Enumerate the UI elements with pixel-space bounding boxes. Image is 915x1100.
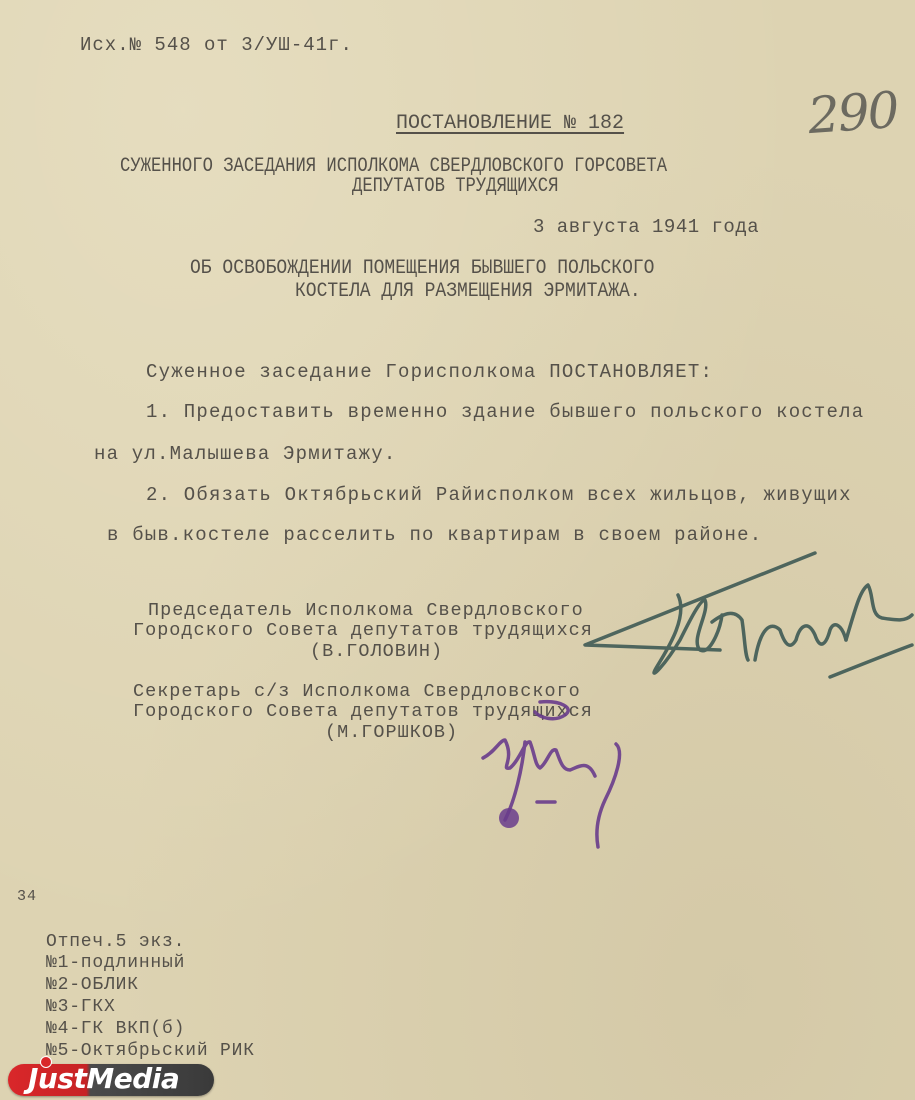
handwritten-archive-number: 290 <box>806 81 899 145</box>
subject-line-1: ОБ ОСВОБОЖДЕНИИ ПОМЕЩЕНИЯ БЫВШЕГО ПОЛЬСК… <box>190 257 654 280</box>
distribution-header: Отпеч.5 экз. <box>46 931 185 953</box>
document-date: 3 августа 1941 года <box>533 216 759 238</box>
document-title: ПОСТАНОВЛЕНИЕ № 182 <box>396 112 624 135</box>
resolution-item-2-line-1: 2. Обязать Октябрьский Райисполком всех … <box>146 484 852 506</box>
distribution-copy-5: №5-Октябрьский РИК <box>46 1040 255 1062</box>
chairman-title-line-2: Городского Совета депутатов трудящихся <box>133 621 593 641</box>
document-title-text: ПОСТАНОВЛЕНИЕ № 182 <box>396 112 624 135</box>
chairman-name: (В.ГОЛОВИН) <box>310 642 443 662</box>
subject-line-2: КОСТЕЛА ДЛЯ РАЗМЕЩЕНИЯ ЭРМИТАЖА. <box>295 280 641 303</box>
resolution-item-1-line-1: 1. Предоставить временно здание бывшего … <box>146 401 864 423</box>
chairman-title-line-1: Председатель Исполкома Свердловского <box>148 601 584 621</box>
distribution-copy-1: №1-подлинный <box>46 952 185 974</box>
ink-blot-icon <box>499 808 519 828</box>
secretary-name: (М.ГОРШКОВ) <box>325 723 458 743</box>
secretary-title-line-2: Городского Совета депутатов трудящихся <box>133 702 593 722</box>
issuer-line-2: ДЕПУТАТОВ ТРУДЯЩИХСЯ <box>352 175 558 198</box>
page-mark: 34 <box>17 888 37 905</box>
resolution-item-2-line-2: в быв.костеле расселить по квартирам в с… <box>107 524 762 546</box>
resolution-item-1-line-2: на ул.Малышева Эрмитажу. <box>94 443 396 465</box>
justmedia-logo-text: JustMedia <box>28 1062 179 1095</box>
distribution-copy-4: №4-ГК ВКП(б) <box>46 1018 185 1040</box>
resolution-intro: Суженное заседание Горисполкома ПОСТАНОВ… <box>146 361 713 383</box>
secretary-signature-icon <box>483 702 620 847</box>
chairman-signature-icon <box>585 553 912 677</box>
secretary-title-line-1: Секретарь с/з Исполкома Свердловского <box>133 682 581 702</box>
distribution-copy-2: №2-ОБЛИК <box>46 974 139 996</box>
distribution-copy-3: №3-ГКХ <box>46 996 116 1018</box>
outgoing-reference: Исх.№ 548 от 3/УШ-41г. <box>80 34 353 56</box>
